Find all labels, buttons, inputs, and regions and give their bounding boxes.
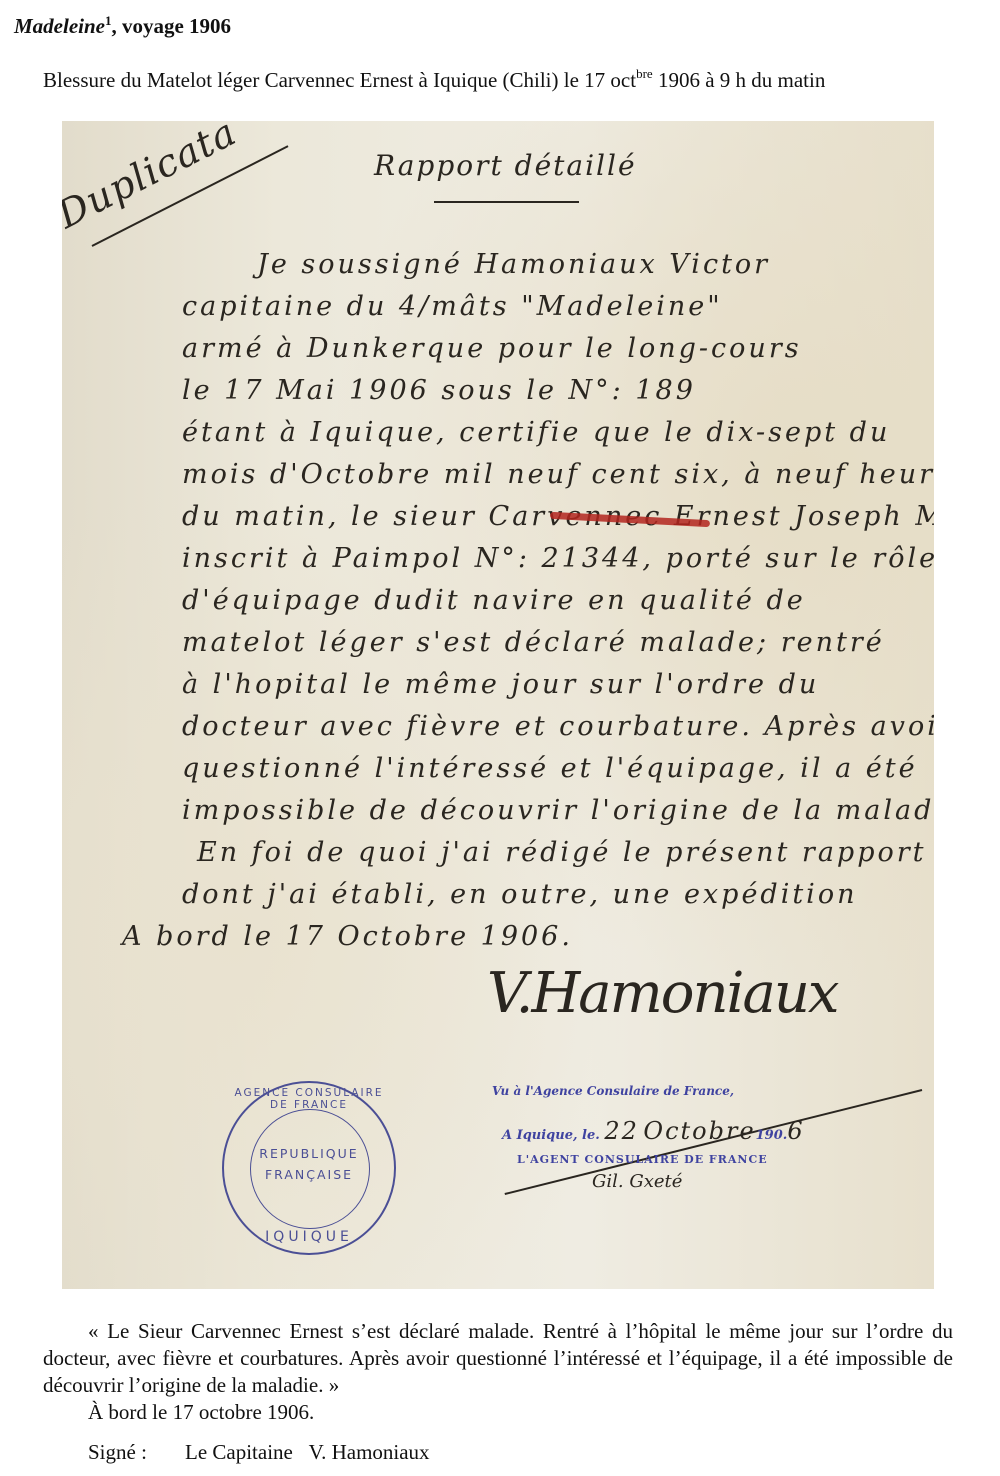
visa-place: A Iquique, le <box>502 1128 595 1143</box>
subtitle-text-end: 1906 à 9 h du matin <box>653 68 826 92</box>
handwritten-line: à l'hopital le même jour sur l'ordre du <box>182 669 819 700</box>
heading-underline <box>434 201 579 203</box>
stamp-center-line1: REPUBLIQUE <box>224 1146 394 1161</box>
stamp-ring-bottom-text: IQUIQUE <box>224 1229 394 1245</box>
transcription: « Le Sieur Carvennec Ernest s’est déclar… <box>43 1318 953 1399</box>
transcription-place-date: À bord le 17 octobre 1906. <box>88 1400 314 1425</box>
stamp-ring-top-text: AGENCE CONSULAIRE DE FRANCE <box>234 1087 384 1111</box>
signed-role: Le Capitaine <box>185 1440 293 1464</box>
transcription-signature: Signé :Le Capitaine V. Hamoniaux <box>88 1440 430 1465</box>
consular-agent-signature: Gil. Gxeté <box>592 1171 682 1192</box>
document-subtitle: Blessure du Matelot léger Carvennec Erne… <box>43 68 825 93</box>
ship-name: Madeleine <box>14 14 105 38</box>
manuscript-photo: Duplicata Rapport détaillé Je soussigné … <box>62 121 934 1289</box>
handwritten-line: En foi de quoi j'ai rédigé le présent ra… <box>197 837 927 868</box>
visa-year-prefix: 190 <box>756 1128 783 1143</box>
handwritten-line: questionné l'intéressé et l'équipage, il… <box>182 753 918 784</box>
title-rest: , voyage 1906 <box>111 14 231 38</box>
duplicata-annotation: Duplicata <box>62 121 243 237</box>
consular-visa-line1: Vu à l'Agence Consulaire de France, <box>492 1084 734 1098</box>
handwritten-line: matelot léger s'est déclaré malade; rent… <box>182 627 885 658</box>
stamp-center-line2: FRANÇAISE <box>224 1167 394 1182</box>
handwritten-line: le 17 Mai 1906 sous le N°: 189 <box>182 375 696 406</box>
handwritten-line: dont j'ai établi, en outre, une expéditi… <box>182 879 857 910</box>
visa-day: 22 <box>604 1117 639 1145</box>
handwritten-line: A bord le 17 Octobre 1906. <box>122 921 573 952</box>
handwritten-line: mois d'Octobre mil neuf cent six, à neuf… <box>182 459 934 490</box>
document-title: Madeleine1, voyage 1906 <box>14 14 231 39</box>
subtitle-superscript: bre <box>636 66 653 81</box>
handwritten-line: d'équipage dudit navire en qualité de <box>182 585 806 616</box>
handwritten-line: inscrit à Paimpol N°: 21344, porté sur l… <box>182 543 934 574</box>
visa-year-digit: 6 <box>787 1117 804 1145</box>
report-heading: Rapport détaillé <box>374 149 637 182</box>
transcription-quote: « Le Sieur Carvennec Ernest s’est déclar… <box>43 1318 953 1399</box>
captain-signature: V.Hamoniaux <box>487 961 838 1026</box>
visa-month: Octobre <box>643 1117 755 1145</box>
handwritten-line: étant à Iquique, certifie que le dix-sep… <box>182 417 890 448</box>
consular-stamp: AGENCE CONSULAIRE DE FRANCE REPUBLIQUE F… <box>222 1081 396 1255</box>
handwritten-line: docteur avec fièvre et courbature. Après… <box>182 711 934 742</box>
subtitle-text: Blessure du Matelot léger Carvennec Erne… <box>43 68 636 92</box>
signed-label: Signé : <box>88 1440 185 1465</box>
consular-visa-line2: A Iquique, le. 22 Octobre190.6 <box>502 1117 805 1145</box>
handwritten-line: impossible de découvrir l'origine de la … <box>182 795 934 826</box>
handwritten-line: Je soussigné Hamoniaux Victor <box>257 249 770 280</box>
footnote-ref[interactable]: 1 <box>105 13 112 28</box>
handwritten-line: armé à Dunkerque pour le long-cours <box>182 333 802 364</box>
signed-name: V. Hamoniaux <box>309 1440 430 1464</box>
consular-visa-line3: L'AGENT CONSULAIRE DE FRANCE <box>517 1153 768 1166</box>
handwritten-line: capitaine du 4/mâts "Madeleine" <box>182 291 723 322</box>
